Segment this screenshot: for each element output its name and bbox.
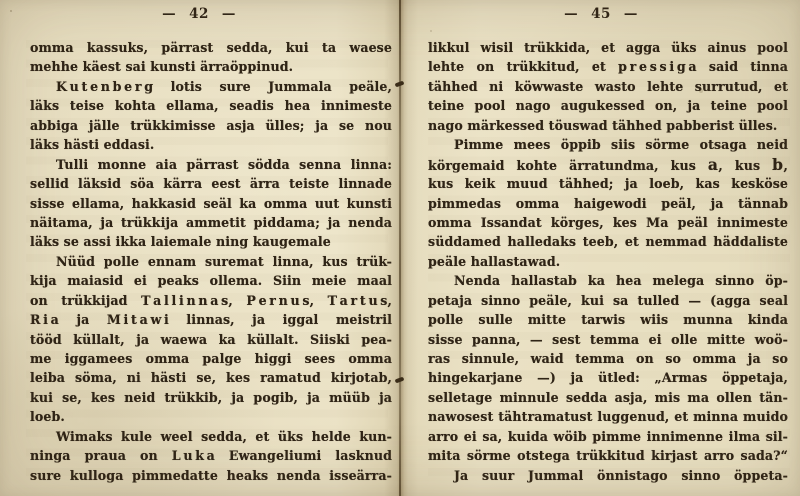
text-line: on trükkijad T a l l i n n a s, P e r n … bbox=[30, 291, 392, 310]
text-line: kui se, kes neid trükkib, ja pogib, ja m… bbox=[30, 388, 392, 407]
bold-letter: a bbox=[708, 155, 719, 174]
text-line: loeb. bbox=[30, 407, 392, 426]
text-line: tööd küllalt, ja waewa ka küllalt. Siisk… bbox=[30, 330, 392, 349]
text-line: Ja suur Jummal önnistago sinno öppeta- bbox=[428, 466, 788, 485]
text-line: omma kassuks, pärrast sedda, kui ta waes… bbox=[30, 38, 392, 57]
text-line: mehhe käest sai kunsti ärraöppinud. bbox=[30, 57, 392, 76]
text-line: peäle hallastawad. bbox=[428, 252, 788, 271]
page-number: 45 bbox=[591, 6, 611, 22]
text-line: kija maiasid ei peaks ollema. Siin meie … bbox=[30, 271, 392, 290]
text-line: mita sörme otstega trükkitud kirjast arr… bbox=[428, 446, 788, 465]
page-header-left: — 42 — bbox=[0, 6, 398, 22]
text-line: Tulli monne aia pärrast södda senna linn… bbox=[30, 155, 392, 174]
text-line: Wimaks kule weel sedda, et üks helde kun… bbox=[30, 427, 392, 446]
text-line: Nenda hallastab ka hea melega sinno öp- bbox=[428, 271, 788, 290]
text-fragment: körgemaid kohte ärratundma, kus bbox=[428, 158, 708, 173]
text-fragment: , bbox=[784, 158, 789, 173]
text-line: ninga praua on L u k a Ewangeliumi laskn… bbox=[30, 446, 392, 465]
text-line: Pimme mees öppib siis sörme otsaga neid bbox=[428, 135, 788, 154]
text-line: teine pool nago augukessed on, ja teine … bbox=[428, 96, 788, 115]
page-right: — 45 — likkul wisil trükkida, et agga ük… bbox=[402, 0, 800, 496]
page-left: — 42 — omma kassuks, pärrast sedda, kui … bbox=[0, 0, 398, 496]
text-line: sellid läksid söa kärra eest ärra teiste… bbox=[30, 174, 392, 193]
header-dash: — bbox=[624, 6, 638, 22]
text-line: kus keik muud tähhed; ja loeb, kas keskö… bbox=[428, 174, 788, 193]
binding-crease-line bbox=[399, 0, 401, 496]
header-dash: — bbox=[162, 6, 176, 22]
text-line: süddamed halledaks teeb, et nemmad hädda… bbox=[428, 232, 788, 251]
header-dash: — bbox=[222, 6, 236, 22]
page-number: 42 bbox=[189, 6, 209, 22]
text-line: sisse ellama, hakkasid seäl ka omma uut … bbox=[30, 194, 392, 213]
text-line: abbiga jälle trükkimisse asja ülles; ja … bbox=[30, 116, 392, 135]
header-dash: — bbox=[564, 6, 578, 22]
text-line: tähhed ni köwwaste wasto lehte surrutud,… bbox=[428, 77, 788, 96]
text-line: K u t e n b e r g lotis sure Jummala peä… bbox=[30, 77, 392, 96]
bold-letter: b bbox=[772, 155, 783, 174]
text-line: Nüüd polle ennam suremat linna, kus trük… bbox=[30, 252, 392, 271]
text-line: körgemaid kohte ärratundma, kus a, kus b… bbox=[428, 155, 788, 174]
page-header-right: — 45 — bbox=[402, 6, 800, 22]
text-line: nawosest tähtramatust luggenud, et minna… bbox=[428, 407, 788, 426]
text-line: läks se assi ikka laiemale ning kaugemal… bbox=[30, 232, 392, 251]
text-line: omma Issandat körges, kes Ma peäl innime… bbox=[428, 213, 788, 232]
text-line: likkul wisil trükkida, et agga üks ainus… bbox=[428, 38, 788, 57]
text-line: R i a ja M i t a w i linnas, ja iggal me… bbox=[30, 310, 392, 329]
text-column-right: likkul wisil trükkida, et agga üks ainus… bbox=[428, 38, 788, 485]
text-line: arro ei sa, kuida wöib pimme innimenne i… bbox=[428, 427, 788, 446]
text-line: näitama, ja trükkija ammetit piddama; ja… bbox=[30, 213, 392, 232]
text-line: selletage minnule sedda asja, mis ma oll… bbox=[428, 388, 788, 407]
text-line: sure kulloga pimmedatte heaks nenda isse… bbox=[30, 466, 392, 485]
text-line: läks teise kohta ellama, seadis hea inni… bbox=[30, 96, 392, 115]
text-line: me iggamees omma palge higgi sees omma bbox=[30, 349, 392, 368]
text-line: pimmedas omma haigewodi peäl, ja tännab bbox=[428, 194, 788, 213]
text-line: sisse panna, — sest temma ei olle mitte … bbox=[428, 330, 788, 349]
text-line: hingekarjane —) ja ütled: „Armas öppetaj… bbox=[428, 368, 788, 387]
text-line: nago märkessed töuswad tähhed pabberist … bbox=[428, 116, 788, 135]
text-line: leiba söma, ni hästi se, kes ramatud kir… bbox=[30, 368, 392, 387]
text-line: läks hästi eddasi. bbox=[30, 135, 392, 154]
text-line: lehte on trükkitud, et p r e s s i g a s… bbox=[428, 57, 788, 76]
text-line: ras sinnule, waid temma on so omma ja so bbox=[428, 349, 788, 368]
text-column-left: omma kassuks, pärrast sedda, kui ta waes… bbox=[30, 38, 392, 485]
text-fragment: , kus bbox=[718, 158, 772, 173]
text-line: petaja sinno peäle, kui sa tulled — (agg… bbox=[428, 291, 788, 310]
text-line: polle sulle mitte tarwis wiis munna kind… bbox=[428, 310, 788, 329]
